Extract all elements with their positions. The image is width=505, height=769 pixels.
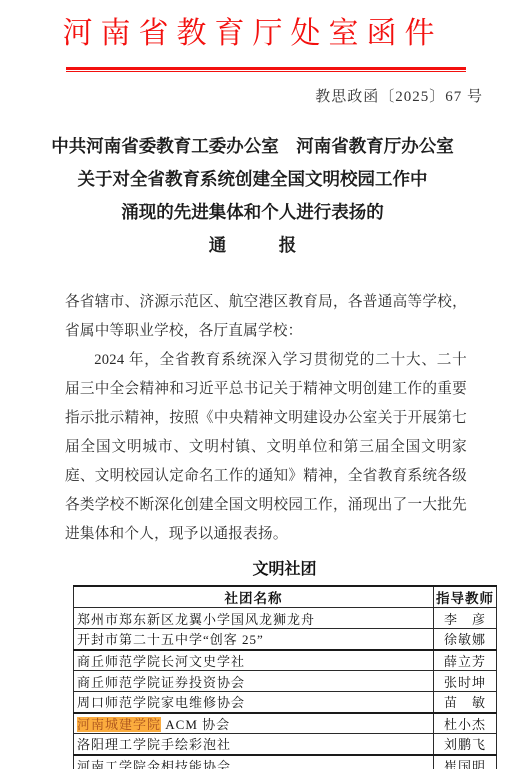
club-name-text: 河南工学院金相技能协会 — [77, 759, 231, 769]
document-title-line-1: 中共河南省委教育工委办公室 河南省教育厅办公室 — [0, 130, 505, 163]
table-row: 商丘师范学院证券投资协会 张时坤 — [74, 671, 497, 692]
main-paragraph: 2024 年，全省教育系统深入学习贯彻党的二十大、二十届三中全会精神和习近平总书… — [65, 346, 467, 549]
table-row: 洛阳理工学院手绘彩泡社 刘鹏飞 — [74, 734, 497, 755]
advisor-cell: 刘鹏飞 — [434, 734, 497, 755]
club-name-cell: 周口师范学院家电维修协会 — [74, 692, 434, 713]
column-header-advisor: 指导教师 — [434, 586, 497, 608]
advisor-cell: 徐敏娜 — [434, 629, 497, 650]
table-row: 河南工学院金相技能协会 崔国明 — [74, 755, 497, 769]
table-row: 开封市第二十五中学“创客 25” 徐敏娜 — [74, 629, 497, 650]
document-number: 教思政函〔2025〕67 号 — [315, 88, 483, 107]
table-row: 郑州市郑东新区龙翼小学国风龙狮龙舟 李 彦 — [74, 608, 497, 629]
advisor-cell: 杜小杰 — [434, 713, 497, 734]
club-name-highlight: 河南城建学院 — [77, 717, 161, 732]
document-title-line-2: 关于对全省教育系统创建全国文明校园工作中 — [0, 163, 505, 196]
salutation-paragraph: 各省辖市、济源示范区、航空港区教育局，各普通高等学校，省属中等职业学校，各厅直属… — [65, 288, 467, 346]
table-row-search-match: 河南城建学院 ACM 协会 杜小杰 — [74, 713, 497, 734]
document-title: 中共河南省委教育工委办公室 河南省教育厅办公室 关于对全省教育系统创建全国文明校… — [0, 130, 505, 262]
advisor-cell: 崔国明 — [434, 755, 497, 769]
club-name-text: 周口师范学院家电维修协会 — [77, 695, 245, 710]
red-separator-thin-line — [66, 71, 466, 72]
red-separator — [66, 67, 466, 72]
table-row: 商丘师范学院长河文史学社 薛立芳 — [74, 650, 497, 671]
table-header-row: 社团名称 指导教师 — [74, 586, 497, 608]
advisor-cell: 苗 敏 — [434, 692, 497, 713]
club-name-cell: 商丘师范学院证券投资协会 — [74, 671, 434, 692]
clubs-table-wrapper: 社团名称 指导教师 郑州市郑东新区龙翼小学国风龙狮龙舟 李 彦 开封市第二十五中… — [73, 585, 497, 769]
club-name-text: 洛阳理工学院手绘彩泡社 — [77, 737, 231, 752]
club-name-cell: 开封市第二十五中学“创客 25” — [74, 629, 434, 650]
club-name-text: 开封市第二十五中学“创客 25” — [77, 632, 264, 647]
column-header-club-name: 社团名称 — [74, 586, 434, 608]
club-name-cell: 河南工学院金相技能协会 — [74, 755, 434, 769]
document-page: 河南省教育厅处室函件 教思政函〔2025〕67 号 中共河南省委教育工委办公室 … — [0, 0, 505, 769]
document-banner-title: 河南省教育厅处室函件 — [0, 14, 505, 54]
club-name-text: 郑州市郑东新区龙翼小学国风龙狮龙舟 — [77, 612, 315, 627]
club-name-cell: 洛阳理工学院手绘彩泡社 — [74, 734, 434, 755]
club-name-rest: ACM 协会 — [161, 717, 230, 732]
advisor-cell: 张时坤 — [434, 671, 497, 692]
advisor-cell: 李 彦 — [434, 608, 497, 629]
document-title-line-4: 通 报 — [0, 229, 505, 262]
club-name-text: 商丘师范学院证券投资协会 — [77, 675, 245, 690]
club-name-cell: 河南城建学院 ACM 协会 — [74, 713, 434, 734]
advisor-cell: 薛立芳 — [434, 650, 497, 671]
section-title-civilized-clubs: 文明社团 — [73, 556, 496, 579]
clubs-table: 社团名称 指导教师 郑州市郑东新区龙翼小学国风龙狮龙舟 李 彦 开封市第二十五中… — [73, 585, 497, 769]
club-name-cell: 商丘师范学院长河文史学社 — [74, 650, 434, 671]
club-name-cell: 郑州市郑东新区龙翼小学国风龙狮龙舟 — [74, 608, 434, 629]
document-title-line-3: 涌现的先进集体和个人进行表扬的 — [0, 196, 505, 229]
table-row: 周口师范学院家电维修协会 苗 敏 — [74, 692, 497, 713]
club-name-text: 商丘师范学院长河文史学社 — [77, 654, 245, 669]
document-body: 各省辖市、济源示范区、航空港区教育局，各普通高等学校，省属中等职业学校，各厅直属… — [65, 288, 467, 549]
